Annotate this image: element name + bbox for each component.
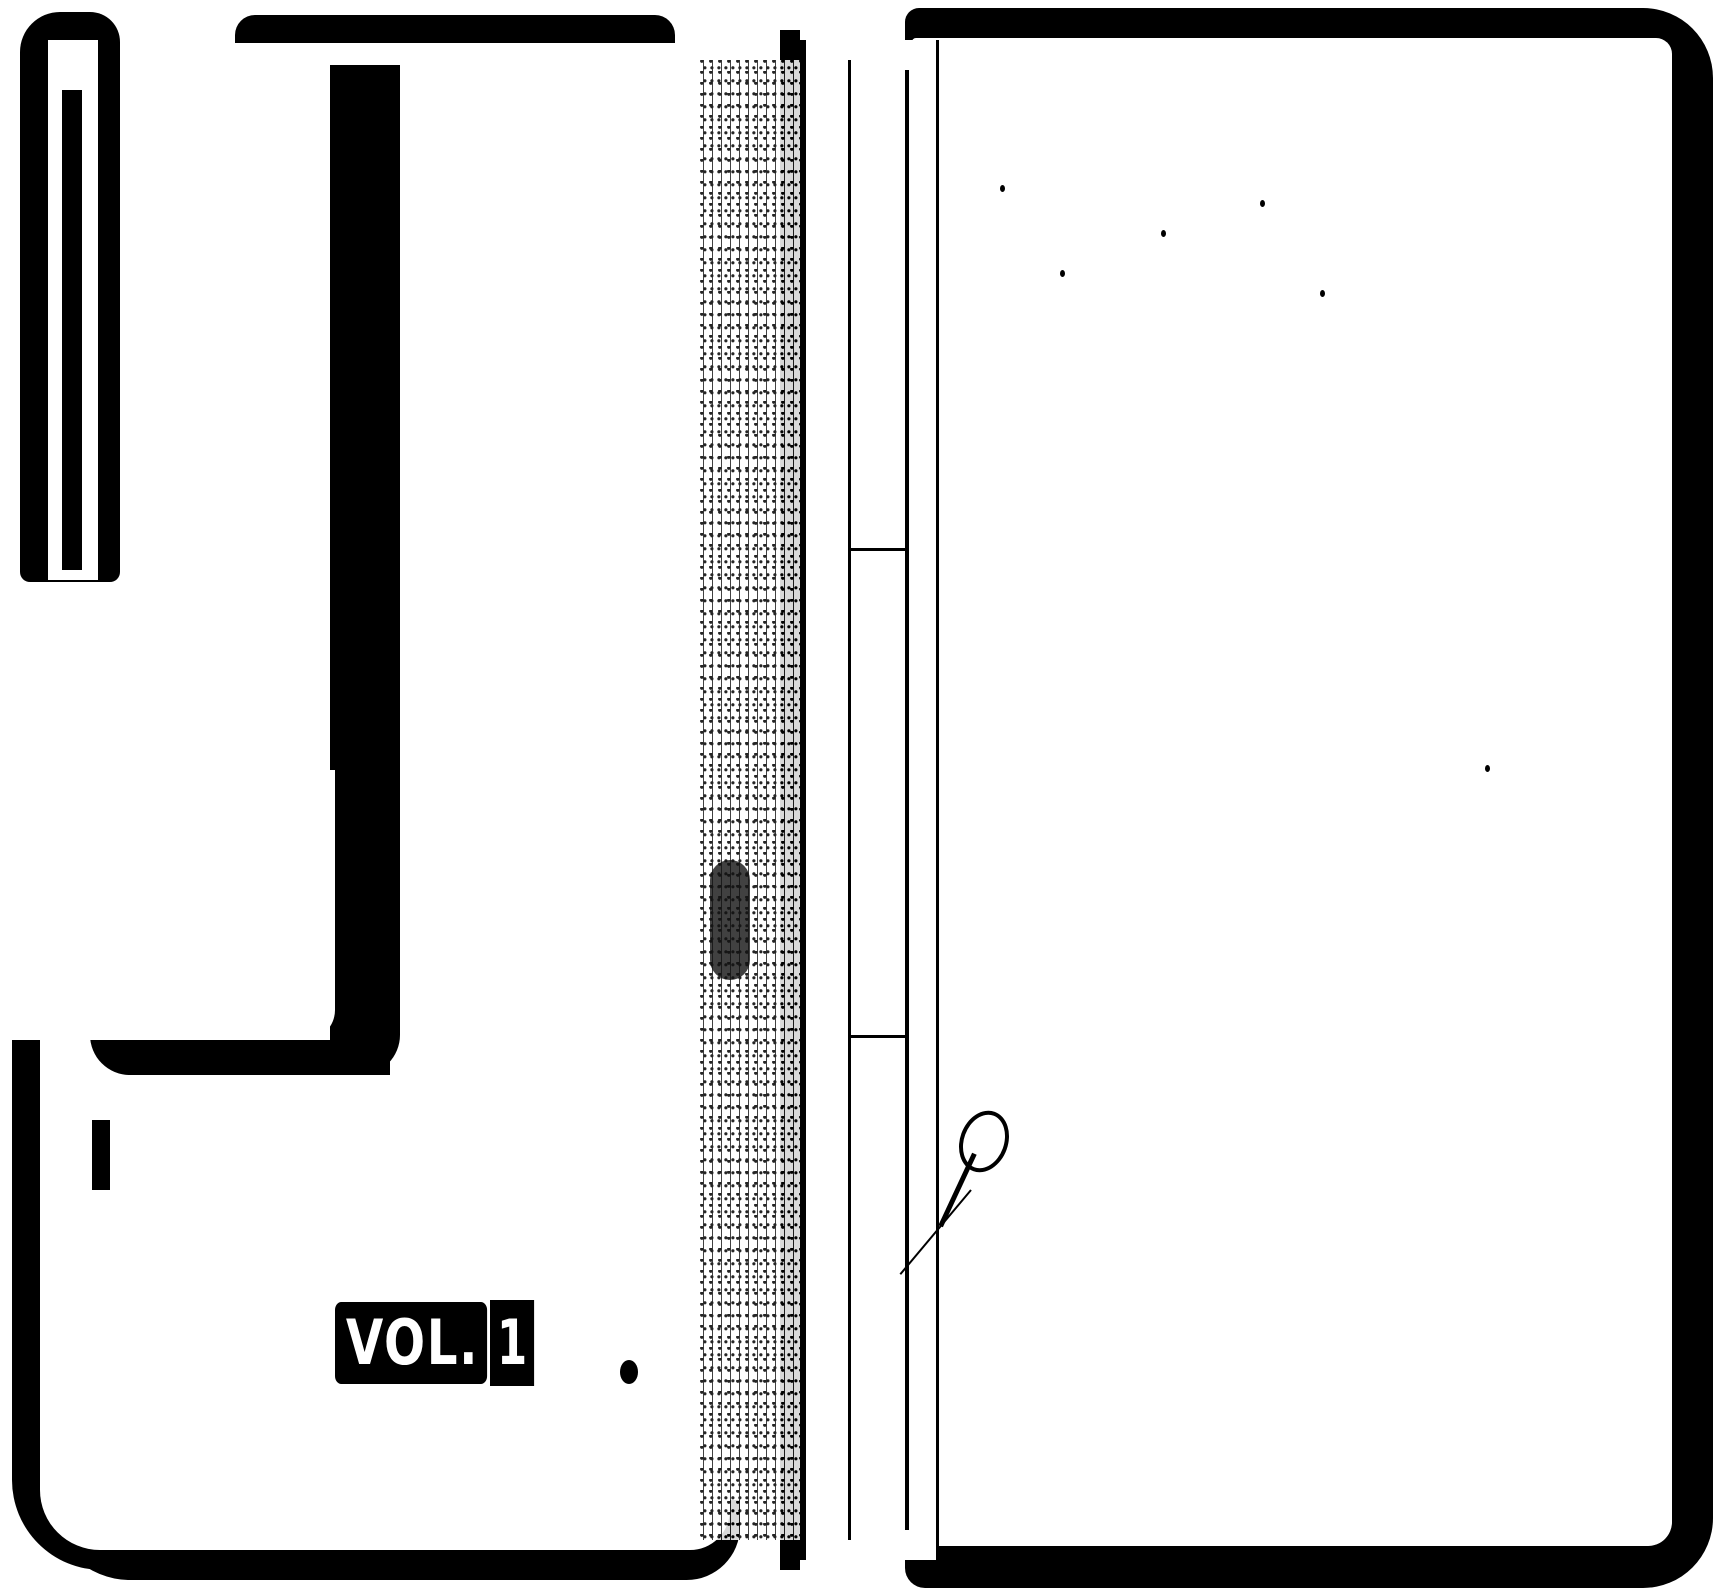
speck — [1320, 290, 1325, 297]
volume-number: 1 — [490, 1300, 534, 1386]
speck — [1260, 200, 1265, 207]
volume-label-text: VOL. — [335, 1302, 487, 1384]
speck — [1060, 270, 1065, 277]
speck — [620, 1360, 638, 1384]
speck — [1000, 185, 1005, 192]
spine-crease — [905, 70, 909, 1530]
speck — [1485, 765, 1490, 772]
cover-side-notch — [92, 1120, 110, 1190]
cover-top-edge — [235, 15, 675, 43]
spine-crease — [848, 60, 851, 1540]
book-spine — [800, 40, 939, 1560]
spine-band — [848, 1035, 908, 1038]
cover-worn-edge — [700, 60, 800, 1540]
cover-cutout-window — [120, 770, 335, 1040]
spine-band — [848, 548, 908, 551]
cover-tab-shadow — [62, 90, 82, 570]
volume-label: VOL. 1 — [335, 1298, 553, 1388]
inside-page — [912, 38, 1672, 1546]
cover-cutout-edge — [330, 65, 390, 1075]
speck — [1161, 230, 1166, 237]
cover-stain — [710, 860, 750, 980]
